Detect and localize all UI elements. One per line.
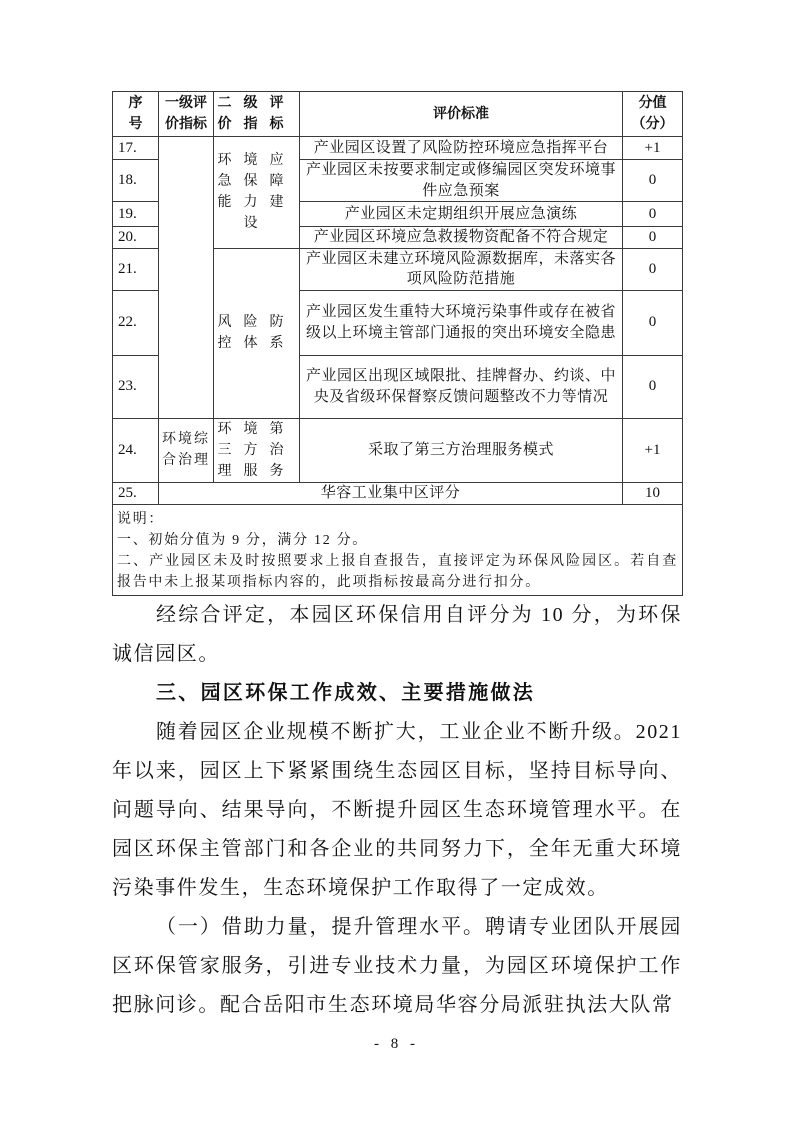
cell-criteria: 产业园区发生重特大环境污染事件或存在被省级以上环境主管部门通报的突出环境安全隐患	[300, 290, 623, 355]
cell-score: 0	[623, 227, 683, 249]
table-row: 25. 华容工业集中区评分 10	[113, 482, 683, 504]
notes-item-1: 一、初始分值为 9 分，满分 12 分。	[117, 530, 678, 551]
header-criteria: 评价标准	[300, 92, 623, 137]
cell-no: 19.	[113, 202, 159, 227]
cell-no: 18.	[113, 160, 159, 202]
paragraph-overview: 随着园区企业规模不断扩大，工业企业不断升级。2021年以来，园区上下紧紧围绕生态…	[112, 713, 682, 908]
cell-no: 25.	[113, 482, 159, 504]
header-level1: 一级评价指标	[159, 92, 214, 137]
cell-criteria: 产业园区未建立环境风险源数据库，未落实各项风险防范措施	[300, 248, 623, 290]
cell-score: 0	[623, 355, 683, 418]
cell-total-label: 华容工业集中区评分	[159, 482, 623, 504]
paragraph-evaluation-result: 经综合评定，本园区环保信用自评分为 10 分，为环保诚信园区。	[112, 596, 682, 674]
section-heading: 三、园区环保工作成效、主要措施做法	[112, 674, 682, 713]
cell-score: +1	[623, 418, 683, 482]
cell-no: 20.	[113, 227, 159, 249]
cell-score: 0	[623, 202, 683, 227]
cell-level1: 环境综合治理	[159, 418, 214, 482]
cell-criteria: 产业园区未按要求制定或修编园区突发环境事件应急预案	[300, 160, 623, 202]
cell-level2: 环境第三方治理服务	[214, 418, 300, 482]
header-no: 序号	[113, 92, 159, 137]
cell-score: 0	[623, 160, 683, 202]
cell-no: 21.	[113, 248, 159, 290]
cell-criteria: 产业园区环境应急救援物资配备不符合规定	[300, 227, 623, 249]
table-row: 24. 环境综合治理 环境第三方治理服务 采取了第三方治理服务模式 +1	[113, 418, 683, 482]
notes-item-2: 二、产业园区未及时按照要求上报自查报告，直接评定为环保风险园区。若自查报告中未上…	[117, 551, 678, 593]
cell-score: +1	[623, 137, 683, 160]
cell-no: 17.	[113, 137, 159, 160]
table-row: 17. 环境应急保障能力建设 产业园区设置了风险防控环境应急指挥平台 +1	[113, 137, 683, 160]
evaluation-table: 序号 一级评价指标 二级评价指标 评价标准 分值（分） 17. 环境应急保障能力…	[112, 91, 683, 596]
cell-score: 10	[623, 482, 683, 504]
cell-no: 24.	[113, 418, 159, 482]
cell-level1-blank	[159, 137, 214, 419]
notes-cell: 说明： 一、初始分值为 9 分，满分 12 分。 二、产业园区未及时按照要求上报…	[113, 504, 683, 595]
cell-criteria: 产业园区未定期组织开展应急演练	[300, 202, 623, 227]
cell-criteria: 采取了第三方治理服务模式	[300, 418, 623, 482]
cell-score: 0	[623, 290, 683, 355]
document-content: 序号 一级评价指标 二级评价指标 评价标准 分值（分） 17. 环境应急保障能力…	[112, 91, 682, 1025]
cell-level2-emergency: 环境应急保障能力建设	[214, 137, 300, 249]
cell-criteria: 产业园区设置了风险防控环境应急指挥平台	[300, 137, 623, 160]
cell-no: 22.	[113, 290, 159, 355]
header-score: 分值（分）	[623, 92, 683, 137]
cell-no: 23.	[113, 355, 159, 418]
page-number: - 8 -	[0, 1036, 793, 1053]
paragraph-measure-one: （一）借助力量，提升管理水平。聘请专业团队开展园区环保管家服务，引进专业技术力量…	[112, 908, 682, 1025]
cell-level2-risk: 风险防控体系	[214, 248, 300, 418]
document-page: { "page": { "number": "- 8 -" }, "table"…	[0, 0, 793, 1122]
table-header-row: 序号 一级评价指标 二级评价指标 评价标准 分值（分）	[113, 92, 683, 137]
table-notes-row: 说明： 一、初始分值为 9 分，满分 12 分。 二、产业园区未及时按照要求上报…	[113, 504, 683, 595]
cell-score: 0	[623, 248, 683, 290]
cell-criteria: 产业园区出现区域限批、挂牌督办、约谈、中央及省级环保督察反馈问题整改不力等情况	[300, 355, 623, 418]
header-level2: 二级评价指标	[214, 92, 300, 137]
notes-title: 说明：	[117, 509, 678, 530]
